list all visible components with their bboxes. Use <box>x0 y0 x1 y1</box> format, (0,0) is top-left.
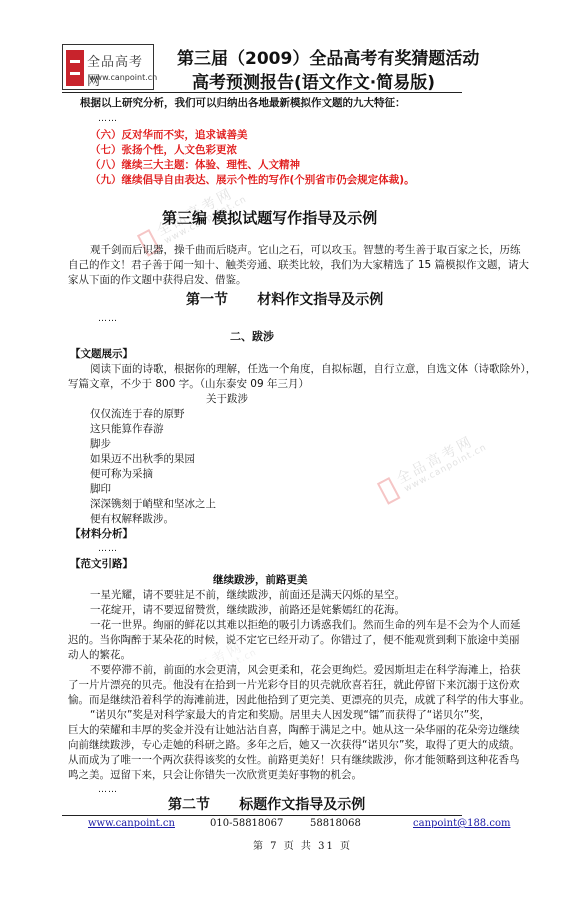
feature-item: （八）继续三大主题：体验、理性、人文精神 <box>90 158 300 172</box>
feature-item: （九）继续倡导自由表达、展示个性的写作(个别省市仍会规定体裁)。 <box>90 173 415 187</box>
poem-line: 仅仅流连于春的原野 <box>90 407 185 421</box>
part-intro-line: 观千剑而后识器，操千曲而后晓声。它山之石，可以攻玉。智慧的考生善于取百家之长，历… <box>90 243 521 257</box>
website-link[interactable]: www.canpoint.cn <box>88 818 175 829</box>
part-intro-line: 家从下面的作文题中获得启发、借鉴。 <box>68 273 247 287</box>
header-title-line1: 第三届（2009）全品高考有奖猜题活动 <box>177 44 479 69</box>
poem-line: 脚步 <box>90 437 111 451</box>
document-page: 全品高考网 www.canpoint.cn 第三届（2009）全品高考有奖猜题活… <box>0 0 575 900</box>
essay-line: 迟的。当你陶醉于某朵花的时候，说不定它已经开动了。你错过了，便不能观赏到剩下旅途… <box>68 633 520 647</box>
poem-line: 便可称为采摘 <box>90 467 153 481</box>
header-divider <box>62 92 462 93</box>
poem-title: 关于跋涉 <box>206 392 248 406</box>
essay-line: 了一片片漂亮的贝壳。他没有在拾到一片光彩夺目的贝壳就欣喜若狂，就此停留下来沉溺于… <box>68 678 520 692</box>
ellipsis: …… <box>98 542 118 556</box>
prompt-line: 写篇文章，不少于 800 字。（山东泰安 09 年三月） <box>68 377 309 391</box>
logo-mark-icon <box>66 50 84 86</box>
essay-line: 鸣之美。逗留下来，只会让你错失一次欣赏更美好事物的机会。 <box>68 768 362 782</box>
feature-item: （七）张扬个性，人文色彩更浓 <box>90 143 237 157</box>
essay-line: 一花一世界。绚丽的鲜花以其难以拒绝的吸引力诱惑我们。然而生命的列车是不会为个人而… <box>90 618 521 632</box>
poem-line: 这只能算作春游 <box>90 422 164 436</box>
essay-line: 动人的繁花。 <box>68 648 131 662</box>
poem-line: 深深镌刻于峭壁和坚冰之上 <box>90 497 216 511</box>
poem-line: 如果迈不出秋季的果园 <box>90 452 195 466</box>
page-number: 第 7 页 共 31 页 <box>253 837 352 852</box>
essay-line: 从而成为了唯一一个两次获得该奖的女性。前路更美好！只有继续跋涉，你才能领略到这种… <box>68 753 520 767</box>
part-intro-line: 自己的作文！君子善于闻一知十、触类旁通、联类比较，我们为大家精选了 15 篇模拟… <box>68 258 529 272</box>
intro-text: 根据以上研究分析，我们可以归纳出各地最新模拟作文题的九大特征： <box>80 96 406 110</box>
ellipsis: …… <box>98 112 118 126</box>
essay-line: 向前继续跋涉，专心走她的科研之路。多年之后，她又一次获得“诺贝尔”奖，取得了更大… <box>68 738 520 752</box>
watermark-logo-icon <box>377 477 401 505</box>
footer-website: www.canpoint.cn <box>88 818 175 829</box>
page-header: 全品高考网 www.canpoint.cn 第三届（2009）全品高考有奖猜题活… <box>62 44 462 92</box>
essay-line: 愉。而是继续沿着科学的海滩前进，因此他拾到了更完美、更漂亮的贝壳，成就了科学的伟… <box>68 693 530 707</box>
header-title-line2: 高考预测报告(语文作文·简易版) <box>192 68 435 93</box>
essay-line: 巨大的荣耀和丰厚的奖金并没有让她沾沾自喜，陶醉于满足之中。她从这一朵华丽的花朵旁… <box>68 723 520 737</box>
essay-title: 继续跋涉，前路更美 <box>213 573 308 587</box>
essay-line: 一星光耀，请不要驻足不前，继续跋涉，前面还是满天闪烁的星空。 <box>90 588 405 602</box>
feature-item: （六）反对华而不实，追求诚善美 <box>90 128 248 142</box>
logo-name: 全品高考网 <box>87 51 153 89</box>
section2-title: 第二节 标题作文指导及示例 <box>168 796 365 814</box>
label-analysis: 【材料分析】 <box>70 527 133 541</box>
label-sample: 【范文引路】 <box>70 557 133 571</box>
prompt-line: 阅读下面的诗歌，根据你的理解，任选一个角度，自拟标题，自行立意，自选文体（诗歌除… <box>90 362 536 376</box>
canpoint-logo: 全品高考网 www.canpoint.cn <box>62 44 154 90</box>
section1-subtitle: 二、跋涉 <box>230 330 274 344</box>
essay-line: 一花绽开，请不要逗留赞赏，继续跋涉，前路还是姹紫嫣红的花海。 <box>90 603 405 617</box>
logo-url: www.canpoint.cn <box>89 73 157 82</box>
section1-title: 第一节 材料作文指导及示例 <box>186 291 383 309</box>
footer-divider <box>62 815 462 816</box>
part-title: 第三编 模拟试题写作指导及示例 <box>162 208 377 228</box>
essay-line: “诺贝尔”奖是对科学家最大的肯定和奖励。居里夫人因发现“镭”而获得了“诺贝尔”奖… <box>90 708 490 722</box>
poem-line: 便有权解释跋涉。 <box>90 512 174 526</box>
essay-line: 不要停滞不前，前面的水会更清，风会更柔和，花会更绚烂。爱因斯坦走在科学海滩上，拾… <box>90 663 521 677</box>
email-link[interactable]: canpoint@188.com <box>413 818 510 829</box>
footer-email: canpoint@188.com <box>413 818 510 829</box>
ellipsis: …… <box>98 312 118 326</box>
footer-phone1: 010-58818067 <box>210 818 283 829</box>
ellipsis: …… <box>98 783 118 797</box>
label-prompt: 【文题展示】 <box>70 347 133 361</box>
poem-line: 脚印 <box>90 482 111 496</box>
footer-phone2: 58818068 <box>310 818 361 829</box>
